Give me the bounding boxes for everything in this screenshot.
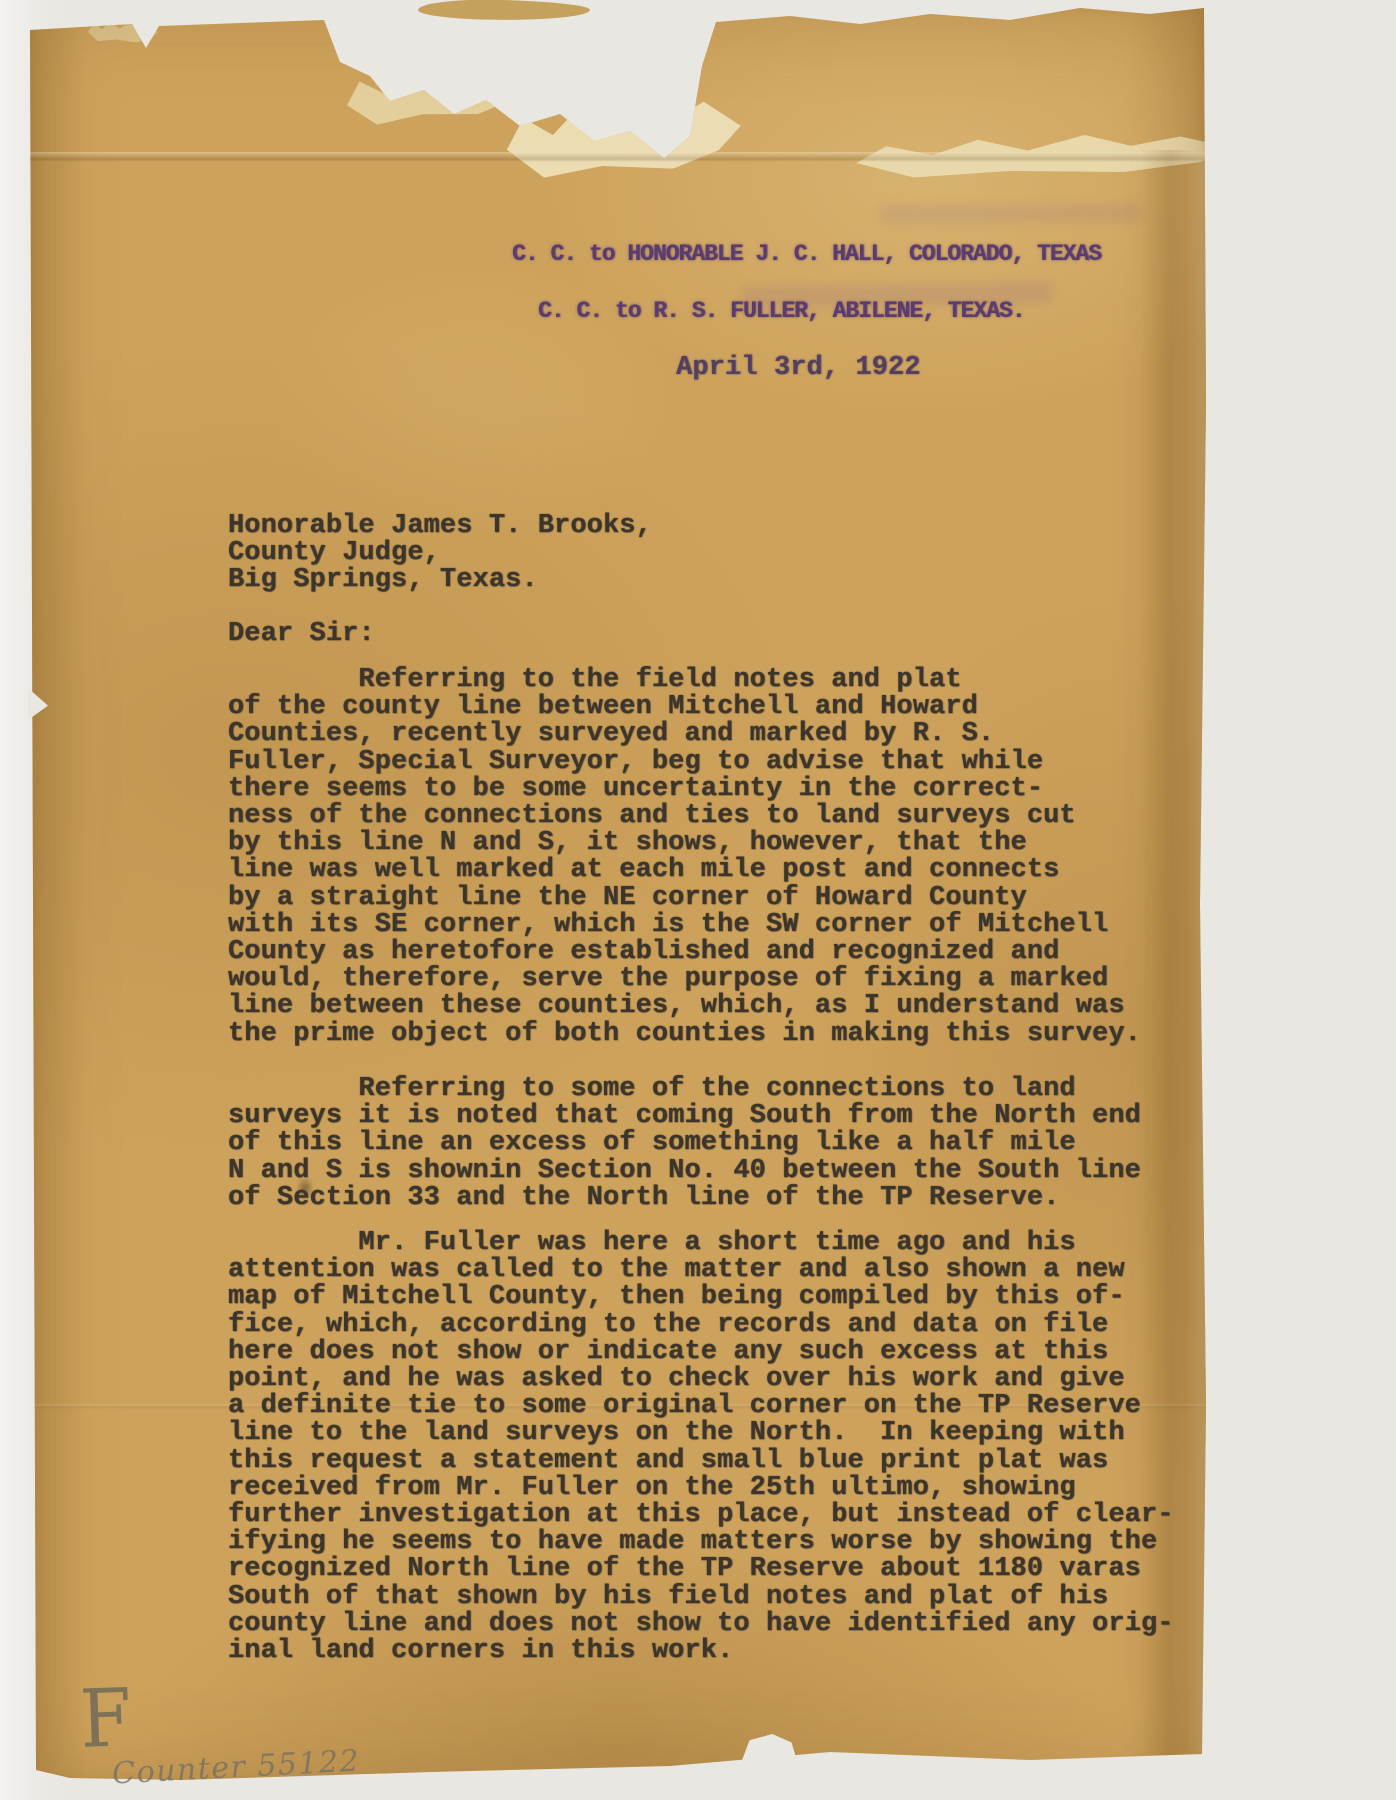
carbon-smudge <box>880 204 1140 224</box>
torn-edge-patch <box>88 19 159 43</box>
recipient-address: Honorable James T. Brooks, County Judge,… <box>228 513 652 595</box>
cc-line-1: C. C. to HONORABLE J. C. HALL, COLORADO,… <box>512 242 1101 266</box>
date-line: April 3rd, 1922 <box>676 355 921 382</box>
torn-edge-patch <box>344 52 534 127</box>
torn-edge-patch <box>504 88 744 180</box>
torn-edge-patch <box>856 129 1239 179</box>
cc-line-2: C. C. to R. S. FULLER, ABILENE, TEXAS. <box>538 299 1025 323</box>
paper-fragment <box>418 0 590 22</box>
crease-line <box>28 152 1206 162</box>
body-paragraph-2: Referring to some of the connections to … <box>228 1076 1141 1212</box>
salutation: Dear Sir: <box>228 621 375 648</box>
body-paragraph-1: Referring to the field notes and plat of… <box>228 667 1141 1048</box>
file-mark-handwritten: F <box>79 1678 133 1760</box>
scan-background: C. C. to HONORABLE J. C. HALL, COLORADO,… <box>0 0 1396 1800</box>
body-paragraph-3: Mr. Fuller was here a short time ago and… <box>228 1230 1174 1665</box>
